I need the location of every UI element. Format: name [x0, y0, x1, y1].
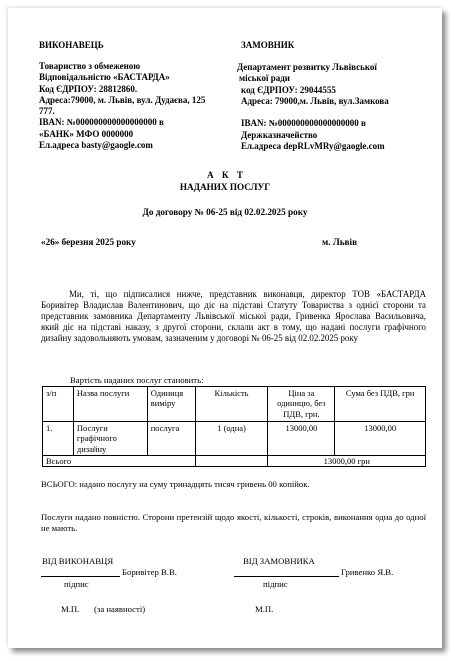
- table-caption: Вартість наданих послуг становить:: [70, 375, 203, 386]
- customer-line: Департамент розвитку Львівської: [237, 62, 389, 73]
- contractor-details: Товариство з обмеженою Відповідальністю …: [39, 61, 205, 151]
- contractor-line: «БАНК» МФО 0000000: [39, 129, 205, 140]
- completion-paragraph: Послуги надано повністю. Сторони претенз…: [41, 512, 426, 534]
- customer-line: код ЄДРПОУ: 29044555: [237, 85, 389, 96]
- contractor-line: Відповідальністю «БАСТАРДА»: [39, 72, 205, 83]
- total-empty-cell: [195, 455, 268, 466]
- total-in-words: ВСЬОГО: надано послугу на суму тринадцят…: [41, 479, 310, 490]
- customer-stamp-label: М.П.: [255, 604, 273, 615]
- header-cell-quantity: Кількість: [195, 387, 268, 422]
- act-subtitle: НАДАНИХ ПОСЛУГ: [8, 182, 442, 192]
- header-cell-unit-price: Ціна за одиницю, без ПДВ, грн.: [268, 387, 335, 422]
- customer-line: Ел.адреса depRLvMRy@gaogle.com: [237, 141, 389, 152]
- contractor-signature-heading: ВІД ВИКОНАВЦЯ: [42, 556, 113, 567]
- contractor-line: IBAN: №000000000000000000 в: [39, 117, 205, 128]
- cell-sum: 13000,00: [335, 422, 426, 456]
- customer-line: міської ради: [237, 73, 389, 84]
- customer-line: Держказначейство: [237, 130, 389, 141]
- customer-heading: ЗАМОВНИК: [241, 40, 294, 51]
- contract-reference: До договору № 06-25 від 02.02.2025 року: [8, 207, 442, 217]
- customer-line: IBAN: №000000000000000000 в: [237, 118, 389, 129]
- total-value-cell: 13000,00 грн: [268, 455, 426, 466]
- cell-unit-price: 13000,00: [268, 422, 335, 456]
- contractor-signer-name: Боривітер В.В.: [122, 567, 177, 578]
- contractor-heading: ВИКОНАВЕЦЬ: [39, 40, 104, 51]
- customer-details: Департамент розвитку Львівської міської …: [237, 62, 389, 152]
- services-table: з/п Назва послуги Одиниця виміру Кількіс…: [42, 386, 426, 467]
- contractor-line: Код ЄДРПОУ: 28812860.: [39, 84, 205, 95]
- header-cell-service: Назва послуги: [73, 387, 147, 422]
- table-row: 1. Послуги графічного дизайну послуга 1 …: [43, 422, 426, 456]
- cell-number: 1.: [43, 422, 74, 456]
- customer-signature-line: [234, 576, 339, 577]
- cell-quantity: 1 (одна): [195, 422, 268, 456]
- contractor-stamp-note: (за наявності): [94, 604, 145, 615]
- table-total-row: Всього 13000,00 грн: [43, 455, 426, 466]
- cell-service: Послуги графічного дизайну: [73, 422, 147, 456]
- contractor-line: 777.: [39, 106, 205, 117]
- customer-sign-label: підпис: [263, 579, 288, 590]
- header-cell-sum: Сума без ПДВ, грн: [335, 387, 426, 422]
- act-title: А К Т: [8, 170, 442, 180]
- cell-unit: послуга: [147, 422, 195, 456]
- customer-line-blank: [237, 107, 389, 118]
- contractor-line: Адреса:79000, м. Львів, вул. Дудаєва, 12…: [39, 95, 205, 106]
- document-page: ВИКОНАВЕЦЬ Товариство з обмеженою Відпов…: [8, 8, 442, 648]
- header-cell-number: з/п: [43, 387, 74, 422]
- header-cell-unit: Одиниця виміру: [147, 387, 195, 422]
- contractor-signature-line: [41, 576, 120, 577]
- act-date: «26» березня 2025 року: [41, 237, 136, 248]
- act-city: м. Львів: [322, 237, 357, 248]
- customer-signature-heading: ВІД ЗАМОВНИКА: [243, 556, 315, 567]
- customer-signer-name: Гривенко Я.В.: [341, 567, 393, 578]
- contractor-line: Товариство з обмеженою: [39, 61, 205, 72]
- preamble-paragraph: Ми, ті, що підписалися нижче, представни…: [41, 289, 426, 344]
- contractor-sign-label: підпис: [64, 579, 89, 590]
- customer-line: Адреса: 79000,м. Львів, вул.Замкова: [237, 96, 389, 107]
- contractor-line: Ел.адреса basty@gaogle.com: [39, 140, 205, 151]
- total-label-cell: Всього: [43, 455, 196, 466]
- contractor-stamp-label: М.П.: [61, 604, 79, 615]
- table-header-row: з/п Назва послуги Одиниця виміру Кількіс…: [43, 387, 426, 422]
